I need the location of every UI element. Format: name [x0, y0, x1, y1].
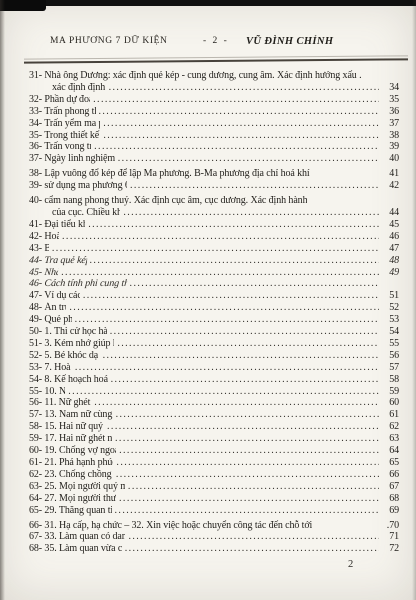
dot-leader	[313, 165, 379, 176]
dot-leader	[109, 82, 379, 93]
toc-entry-text: 45- Nhà tư nhân	[29, 267, 59, 279]
toc-page-number: 67	[382, 481, 399, 493]
toc-line: 59- 17. Hai nữ ghét nhau – 18 . Chống ch…	[29, 433, 399, 445]
toc-page-number: 71	[382, 531, 399, 543]
toc-line: 40- cẩm nang phong thuỷ. Xác định cục âm…	[29, 192, 399, 207]
dot-leader	[130, 180, 379, 191]
toc-line: 68- 35. Làm quan vừa có danh vừa có lộc …	[29, 543, 399, 555]
toc-line: 65- 29. Thăng quan tiến chức – 30. giữ n…	[29, 505, 399, 517]
toc-entry-text: 61- 21. Phá hạnh phúc gia đình – 22. Chố…	[29, 457, 113, 469]
toc-line: 31- Nhà ông Dương: xác định quẻ kép - cu…	[29, 67, 399, 82]
toc-line: 39- sử dụng ma phương 6 cửa để lập ma ph…	[29, 180, 399, 192]
dot-leader	[115, 505, 379, 516]
toc-line: 47- Ví dụ cách hoá giải tật ách 51	[29, 290, 399, 302]
toc-entry-text: 57- 13. Nam nữ cùng ghét nhau – 14. Hai …	[29, 409, 113, 421]
toc-line: 60- 19. Chống vợ ngoại tình – 20 . Tình …	[29, 445, 399, 457]
toc-page-number: .70	[382, 520, 399, 532]
toc-page-number: 53	[382, 314, 399, 326]
dot-leader	[116, 469, 379, 480]
toc-page-number: 72	[382, 543, 399, 555]
toc-page-number: 64	[382, 445, 399, 457]
dot-leader	[116, 457, 379, 468]
toc-line: 56- 11. Nữ ghét nam- 12. Nam ghét nữ 60	[29, 397, 399, 409]
toc-page-number: 37	[382, 118, 399, 130]
toc-line: của cục. Chiều khởi vòng trường sinh phú…	[29, 207, 399, 219]
toc-entry-text: 58- 15. Hai nữ quý nhau – 16. hai nam gh…	[29, 421, 104, 433]
toc-entry-text: 34- Trấn yểm ma phương . Trấn bằng quẻ k…	[29, 118, 100, 130]
toc-page-number: 36	[382, 106, 399, 118]
toc-entry-text: 56- 11. Nữ ghét nam- 12. Nam ghét nữ	[29, 397, 91, 409]
toc-entry-text: 32- Phần dự đoán căn nhà ông Dương	[29, 94, 90, 106]
toc-page-number: 48	[382, 255, 399, 267]
dot-leader	[119, 445, 379, 456]
dot-leader	[130, 278, 379, 289]
toc-entry-text: 39- sử dụng ma phương 6 cửa để lập ma ph…	[29, 180, 127, 192]
toc-line: 49- Quẻ phủ bì hậu thiên 53	[29, 314, 399, 326]
toc-page-number: 60	[382, 397, 399, 409]
toc-entry-text: 42- Hoàng tuyền	[29, 231, 59, 243]
toc-entry-text: 63- 25. Mọi người quý mến nhau – 26. Tập…	[29, 481, 125, 493]
toc-line: 38- Lập vuông đổ kép để lập Ma phương. B…	[29, 165, 399, 180]
toc-page-number: 34	[382, 82, 399, 94]
dot-leader	[94, 397, 379, 408]
dot-leader	[118, 153, 379, 164]
dot-leader	[115, 433, 379, 444]
toc-page-number: 46	[382, 231, 399, 243]
toc-entry-text: 36- Trấn vong trong nhà, ngày giờ trấn	[29, 141, 91, 153]
toc-line: 41- Đại tiểu không vong. Đô thiên 45	[29, 219, 399, 231]
dot-leader	[123, 207, 379, 218]
dot-leader	[99, 106, 380, 117]
toc-entry-text: 54- 8. Kế hoạch hoá gia đình - 9. Nam nữ…	[29, 374, 108, 386]
toc-page-number: 39	[382, 141, 399, 153]
dot-leader	[83, 290, 379, 301]
toc-page-number: 40	[382, 153, 399, 165]
toc-line: 61- 21. Phá hạnh phúc gia đình – 22. Chố…	[29, 457, 399, 469]
dot-leader	[103, 350, 379, 361]
toc-line: 35- Trong thiết kế nhà. Vật trấn. Số đo …	[29, 130, 399, 142]
toc-page-number: 56	[382, 350, 399, 362]
dot-leader	[107, 421, 379, 432]
toc-page-number: 69	[382, 505, 399, 517]
toc-page-number: 42	[382, 180, 399, 192]
table-of-contents: 31- Nhà ông Dương: xác định quẻ kép - cu…	[0, 67, 416, 555]
toc-entry-text: 52- 5. Bé khóc dạ đề - 6. Mong muốn có c…	[29, 350, 100, 362]
toc-page-number: 45	[382, 219, 399, 231]
toc-page-number: 63	[382, 433, 399, 445]
dot-leader	[61, 267, 379, 278]
dot-leader	[93, 94, 379, 105]
toc-entry-text: 55- 10. Nam theo nữ	[29, 386, 65, 398]
toc-line: 36- Trấn vong trong nhà, ngày giờ trấn 3…	[29, 141, 399, 153]
toc-entry-text: 51- 3. Kém nhớ giúp hiểu bài - 4. Dạy co…	[29, 338, 114, 350]
toc-line: 64- 27. Mọi người thương nhau – 28. Thăn…	[29, 493, 399, 505]
toc-entry-text: 49- Quẻ phủ bì hậu thiên	[29, 314, 72, 326]
toc-line: 53- 7. Hoà hợp vợ chồng 57	[29, 362, 399, 374]
toc-entry-text: 62- 23. Chống chồng bỏ vợ – 24. Vạn vật …	[29, 469, 113, 481]
toc-page-number: 62	[382, 421, 399, 433]
book-title: MA PHƯƠNG 7 DỮ KIỆN	[50, 36, 167, 46]
dot-leader	[110, 326, 379, 337]
dot-leader	[90, 255, 379, 266]
toc-entry-text: của cục. Chiều khởi vòng trường sinh phú…	[52, 207, 120, 219]
toc-page-number: 54	[382, 326, 399, 338]
toc-line: 32- Phần dự đoán căn nhà ông Dương 35	[29, 94, 399, 106]
toc-entry-text: 67- 33. Làm quan có danh không lộc – Làm…	[29, 531, 125, 543]
toc-entry-text: 46- Cách tính phi cung thiên địa nhân Bả…	[29, 278, 128, 290]
toc-page-number: 47	[382, 243, 399, 255]
toc-entry-text: 66- 31. Hạ cấp, hạ chức – 32. Xin việc h…	[29, 520, 312, 532]
dot-leader	[69, 302, 379, 313]
toc-line: 42- Hoàng tuyền 46	[29, 231, 399, 243]
toc-entry-text: 38- Lập vuông đổ kép để lập Ma phương. B…	[29, 168, 310, 180]
dot-leader	[128, 481, 379, 492]
toc-page-number: 55	[382, 338, 399, 350]
toc-line: 48- Án trung thái cực 52	[29, 302, 399, 314]
toc-entry-text: 31- Nhà ông Dương: xác định quẻ kép - cu…	[29, 70, 362, 82]
dot-leader	[75, 362, 379, 373]
toc-entry-text: 33- Trấn phong thuỷ: nguyên tắc trấn yểm	[29, 106, 96, 118]
toc-line: 62- 23. Chống chồng bỏ vợ – 24. Vạn vật …	[29, 469, 399, 481]
toc-line: 52- 5. Bé khóc dạ đề - 6. Mong muốn có c…	[29, 350, 399, 362]
toc-line: 67- 33. Làm quan có danh không lộc – Làm…	[29, 531, 399, 543]
dot-leader	[119, 493, 379, 504]
toc-line: 45- Nhà tư nhân 49	[29, 267, 399, 279]
dot-leader	[52, 243, 379, 254]
toc-line: xác định định phi cung nhà – mệnh 34	[29, 82, 399, 94]
dot-leader	[68, 386, 379, 397]
scanned-toc-page: MA PHƯƠNG 7 DỮ KIỆN - 2 - VŨ ĐÌNH CHỈNH …	[0, 0, 416, 600]
toc-line: 55- 10. Nam theo nữ 59	[29, 386, 399, 398]
dot-leader	[310, 192, 379, 203]
toc-entry-text: 47- Ví dụ cách hoá giải tật ách	[29, 290, 80, 302]
dot-leader	[117, 338, 379, 349]
toc-entry-text: 44- Tra quẻ kép của nhà cộng đồng	[29, 255, 88, 267]
dot-leader	[103, 130, 379, 141]
toc-page-number: 44	[382, 207, 399, 219]
toc-page-number: 65	[382, 457, 399, 469]
page-header: MA PHƯƠNG 7 DỮ KIỆN - 2 - VŨ ĐÌNH CHỈNH	[0, 36, 416, 52]
toc-line: 50- 1. Thi cử học hành đỗ đạt: 2- con họ…	[29, 326, 399, 338]
dot-leader	[125, 543, 379, 554]
author-name: VŨ ĐÌNH CHỈNH	[246, 36, 333, 47]
toc-page-number: 57	[382, 362, 399, 374]
toc-line: 37- Ngày linh nghiệm. Phương pháp lập ma…	[29, 153, 399, 165]
toc-entry-text: 40- cẩm nang phong thuỷ. Xác định cục âm…	[29, 195, 307, 207]
dot-leader	[94, 141, 379, 152]
toc-entry-text: xác định định phi cung nhà – mệnh	[52, 82, 106, 94]
toc-page-number: 59	[382, 386, 399, 398]
toc-page-number: 66	[382, 469, 399, 481]
toc-line: 57- 13. Nam nữ cùng ghét nhau – 14. Hai …	[29, 409, 399, 421]
toc-page-number: 41	[382, 168, 399, 180]
toc-line: 46- Cách tính phi cung thiên địa nhân Bả…	[29, 278, 399, 290]
toc-entry-text: 65- 29. Thăng quan tiến chức – 30. giữ n…	[29, 505, 112, 517]
toc-line: 63- 25. Mọi người quý mến nhau – 26. Tập…	[29, 481, 399, 493]
toc-page-number: 68	[382, 493, 399, 505]
toc-entry-text: 43- Bát sát	[29, 243, 49, 255]
toc-entry-text: 60- 19. Chống vợ ngoại tình – 20 . Tình …	[29, 445, 116, 457]
toc-entry-text: 48- Án trung thái cực	[29, 302, 66, 314]
toc-line: 66- 31. Hạ cấp, hạ chức – 32. Xin việc h…	[29, 517, 399, 532]
toc-page-number: 49	[382, 267, 399, 279]
toc-entry-text: 41- Đại tiểu không vong. Đô thiên	[29, 219, 85, 231]
toc-line: 44- Tra quẻ kép của nhà cộng đồng 48	[29, 255, 399, 267]
dot-leader	[62, 231, 379, 242]
dot-leader	[365, 67, 380, 78]
toc-line: 34- Trấn yểm ma phương . Trấn bằng quẻ k…	[29, 118, 399, 130]
toc-entry-text: 37- Ngày linh nghiệm. Phương pháp lập ma…	[29, 153, 115, 165]
toc-page-number: 35	[382, 94, 399, 106]
toc-page-number: 51	[382, 290, 399, 302]
toc-page-number: 61	[382, 409, 399, 421]
toc-entry-text: 64- 27. Mọi người thương nhau – 28. Thăn…	[29, 493, 116, 505]
dot-leader	[75, 314, 379, 325]
toc-line: 33- Trấn phong thuỷ: nguyên tắc trấn yểm…	[29, 106, 399, 118]
dot-leader	[315, 517, 379, 528]
toc-entry-text: 35- Trong thiết kế nhà. Vật trấn. Số đo …	[29, 130, 100, 142]
toc-entry-text: 68- 35. Làm quan vừa có danh vừa có lộc …	[29, 543, 122, 555]
toc-entry-text: 53- 7. Hoà hợp vợ chồng	[29, 362, 72, 374]
page-number: 2	[348, 559, 353, 570]
toc-entry-text: 59- 17. Hai nữ ghét nhau – 18 . Chống ch…	[29, 433, 112, 445]
toc-line: 54- 8. Kế hoạch hoá gia đình - 9. Nam nữ…	[29, 374, 399, 386]
dot-leader	[111, 374, 379, 385]
dot-leader	[116, 409, 379, 420]
toc-line: 51- 3. Kém nhớ giúp hiểu bài - 4. Dạy co…	[29, 338, 399, 350]
toc-page-number: 58	[382, 374, 399, 386]
dot-leader	[103, 118, 379, 129]
header-page-marker: - 2 -	[203, 36, 229, 46]
toc-entry-text: 50- 1. Thi cử học hành đỗ đạt: 2- con họ…	[29, 326, 107, 338]
toc-page-number: 52	[382, 302, 399, 314]
toc-line: 58- 15. Hai nữ quý nhau – 16. hai nam gh…	[29, 421, 399, 433]
dot-leader	[128, 531, 379, 542]
toc-line: 43- Bát sát 47	[29, 243, 399, 255]
toc-page-number: 38	[382, 130, 399, 142]
scan-artifact-top-left-blob	[0, 0, 46, 11]
scan-artifact-top-bar	[0, 0, 416, 6]
dot-leader	[88, 219, 379, 230]
